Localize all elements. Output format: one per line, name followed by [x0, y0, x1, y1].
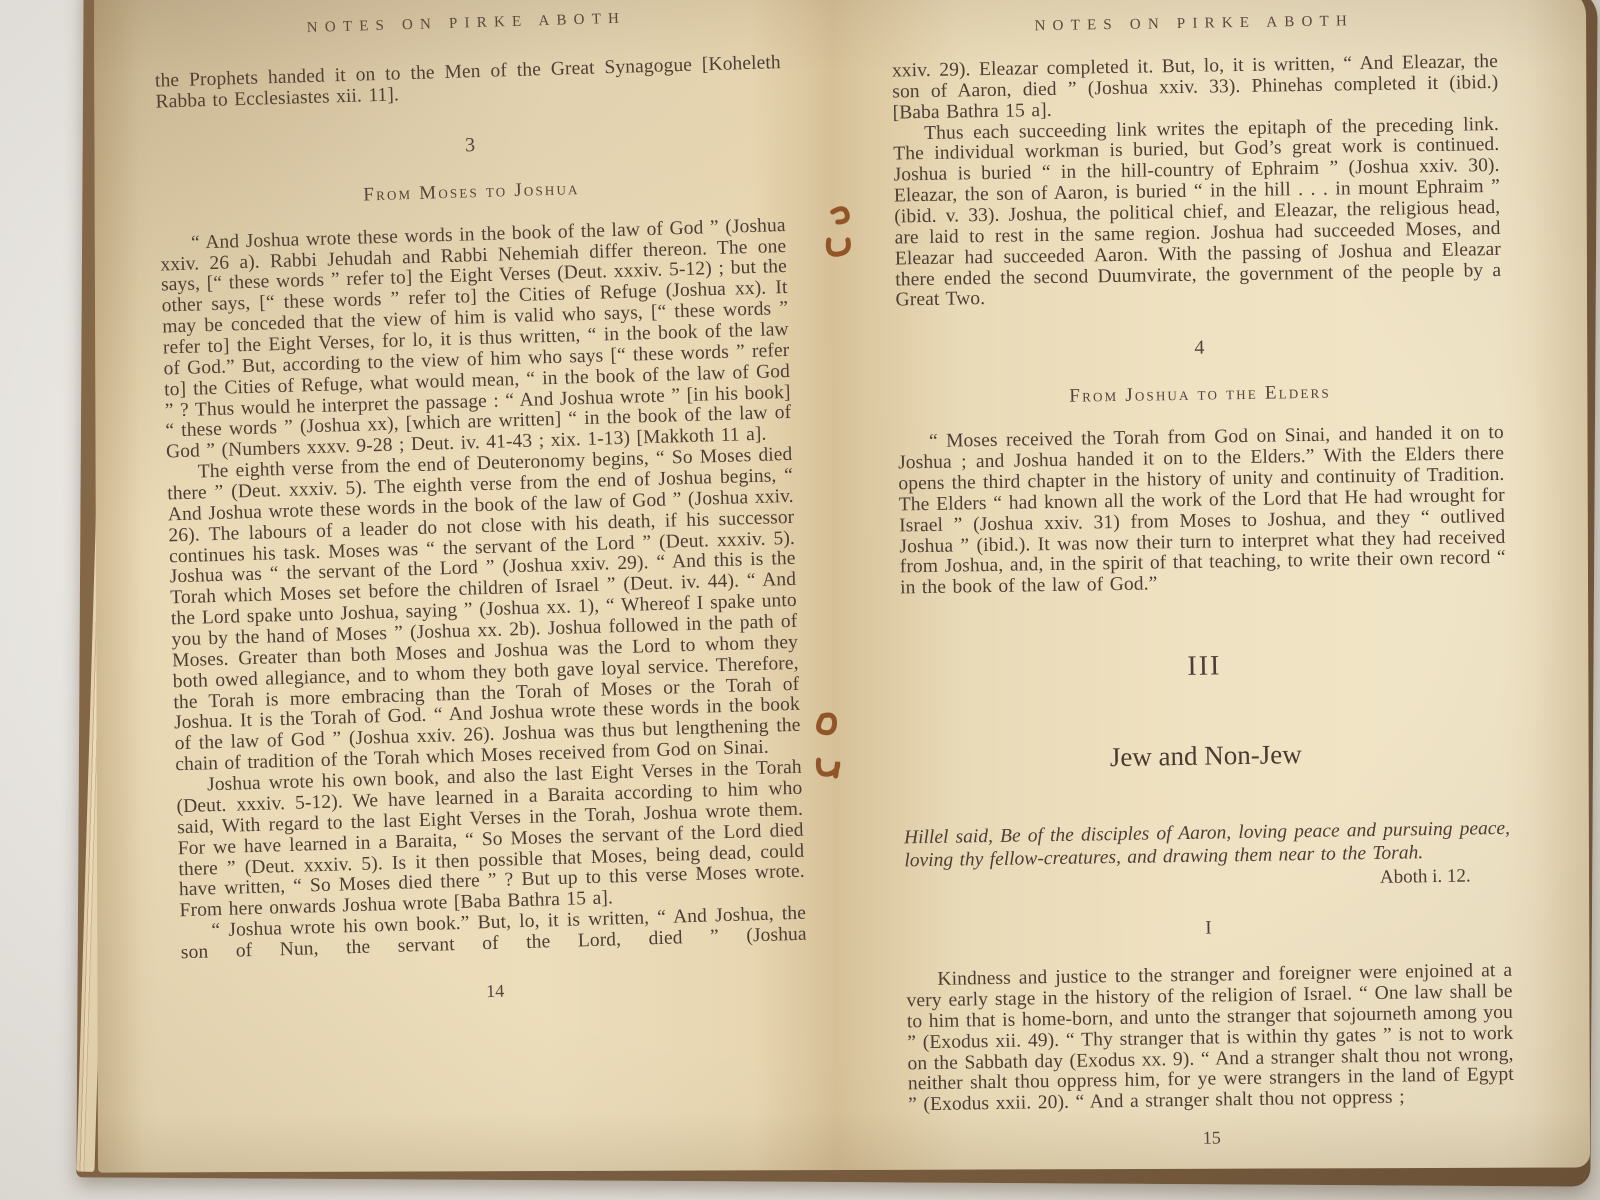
section-number: 4 — [896, 332, 1502, 365]
subsection-number: I — [905, 913, 1511, 945]
running-header-left: NOTES ON PIRKE ABOTH — [153, 6, 779, 42]
photo-background: NOTES ON PIRKE ABOTH the Prophets handed… — [0, 0, 1600, 1200]
paragraph: “ Moses received the Torah from God on S… — [898, 423, 1507, 599]
gutter-ink-mark-bottom — [804, 708, 848, 794]
page-number-left: 14 — [182, 971, 808, 1011]
section-number: 3 — [157, 125, 783, 167]
gutter-ink-mark-top — [817, 202, 859, 276]
paragraph: Joshua wrote his own book, and also the … — [176, 758, 806, 923]
continued-paragraph: xxiv. 29). Eleazar completed it. But, lo… — [892, 52, 1499, 124]
chapter-epigraph: Hillel said, Be of the disciples of Aaro… — [904, 817, 1511, 873]
section-title: From Moses to Joshua — [158, 172, 784, 213]
paragraph: Kindness and justice to the stranger and… — [906, 961, 1514, 1117]
page-number-right: 15 — [909, 1123, 1515, 1154]
chapter-title: Jew and Non-Jew — [903, 736, 1509, 777]
paragraph: The eighth verse from the end of Deutero… — [166, 445, 801, 776]
paragraph: Thus each succeeding link writes the epi… — [893, 115, 1502, 312]
chapter-number: III — [901, 646, 1507, 688]
section-title: From Joshua to the Elders — [897, 379, 1503, 411]
paragraph: “ And Joshua wrote these words in the bo… — [160, 216, 793, 464]
open-book-spread: NOTES ON PIRKE ABOTH the Prophets handed… — [94, 0, 1590, 1173]
left-page: NOTES ON PIRKE ABOTH the Prophets handed… — [109, 0, 846, 1173]
running-header-right: NOTES ON PIRKE ABOTH — [891, 11, 1497, 38]
right-page: NOTES ON PIRKE ABOTH xxiv. 29). Eleazar … — [829, 0, 1563, 1173]
continued-paragraph: the Prophets handed it on to the Men of … — [155, 53, 782, 113]
